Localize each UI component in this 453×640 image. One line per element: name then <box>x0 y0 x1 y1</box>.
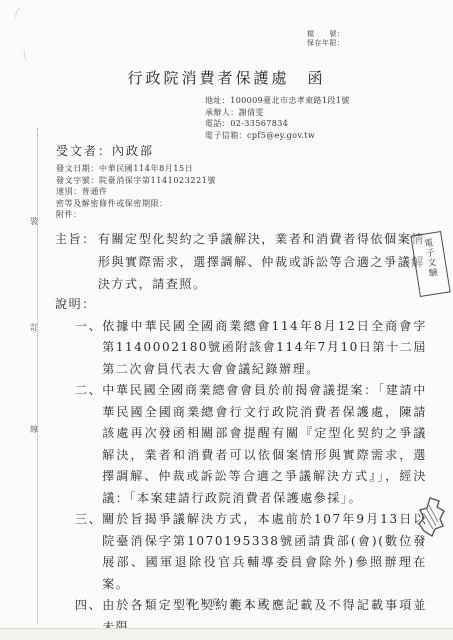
recipient-line: 受文者：內政部 <box>56 142 154 159</box>
sender-phone: 電話：02-33567834 <box>205 118 350 130</box>
item-number: 三、 <box>75 509 102 595</box>
description-items: 一、 依據中華民國全國商業總會114年8月12日全商會字第1140002180號… <box>75 316 427 639</box>
description-section: 說明： 一、 依據中華民國全國商業總會114年8月12日全商會字第1140002… <box>55 294 427 638</box>
recipient-value: 內政部 <box>112 144 154 158</box>
archival-labels: 檔 號： 保存年限： <box>307 30 345 48</box>
description-item-3: 三、 關於旨揭爭議解決方式，本處前於107年9月13日以院臺消保字第107019… <box>75 509 427 595</box>
speed-class-line: 速別：普通件 <box>56 186 216 198</box>
scanned-official-letter-page: 檔 號： 保存年限： 行政院消費者保護處 函 地址：100009臺北市忠孝東路1… <box>0 0 453 640</box>
item-text: 中華民國全國商業總會會員於前揭會議提案：「建請中華民國全國商業總會行文行政院消費… <box>102 380 427 509</box>
subject-text: 有關定型化契約之爭議解決，業者和消費者得依個案情形與實際需求，選擇調解、仲裁或訴… <box>98 228 425 296</box>
item-text: 依據中華民國全國商業總會114年8月12日全商會字第1140002180號函附該… <box>102 316 427 381</box>
seal-scribble-icon <box>417 496 447 538</box>
pencil-mark <box>14 6 27 21</box>
sender-contact-person: 承辦人：謝倩雯 <box>205 107 350 119</box>
partial-seal-mark <box>417 496 447 542</box>
subject-section: 主旨： 有關定型化契約之爭議解決，業者和消費者得依個案情形與實際需求，選擇調解、… <box>55 228 425 296</box>
retention-period-label: 保存年限： <box>307 39 345 48</box>
subject-label: 主旨： <box>55 228 96 296</box>
binding-mark-zhuang: 裝 <box>30 216 38 227</box>
security-class-line: 密等及解密條件或保密期限： <box>56 198 216 210</box>
description-item-2: 二、 中華民國全國商業總會會員於前揭會議提案：「建請中華民國全國商業總會行文行政… <box>75 380 427 509</box>
description-item-1: 一、 依據中華民國全國商業總會114年8月12日全商會字第1140002180號… <box>75 316 427 381</box>
scan-edge-shadow <box>0 628 453 640</box>
document-title: 行政院消費者保護處 函 <box>0 67 453 88</box>
description-label: 說明： <box>55 294 427 316</box>
sender-email: 電子信箱：cpf5@ey.gov.tw <box>205 130 350 142</box>
sender-address: 地址：100009臺北市忠孝東路1段1號 <box>205 95 350 107</box>
sender-info-block: 地址：100009臺北市忠孝東路1段1號 承辦人：謝倩雯 電話：02-33567… <box>205 95 350 141</box>
attachment-line: 附件： <box>56 209 216 221</box>
binding-mark-ding: 訂 <box>30 322 38 333</box>
file-number-label: 檔 號： <box>307 30 345 39</box>
document-number-line: 發文字號：院臺消保字第1141023221號 <box>56 175 216 187</box>
binding-mark-xian: 線 <box>30 424 38 435</box>
page-footer: 第 1 頁，共 2 頁 <box>0 597 453 608</box>
recipient-label: 受文者： <box>56 144 112 158</box>
pencil-mark <box>23 48 34 63</box>
item-text: 關於旨揭爭議解決方式，本處前於107年9月13日以院臺消保字第107019533… <box>102 509 427 595</box>
document-meta-block: 發文日期：中華民國114年8月15日 發文字號：院臺消保字第1141023221… <box>56 163 216 221</box>
item-number: 一、 <box>75 316 102 381</box>
electronic-exchange-stamp-text: 電子文驗 <box>421 237 441 290</box>
binding-dotted-line <box>37 128 38 624</box>
issue-date-line: 發文日期：中華民國114年8月15日 <box>56 163 216 175</box>
item-number: 二、 <box>75 380 102 509</box>
